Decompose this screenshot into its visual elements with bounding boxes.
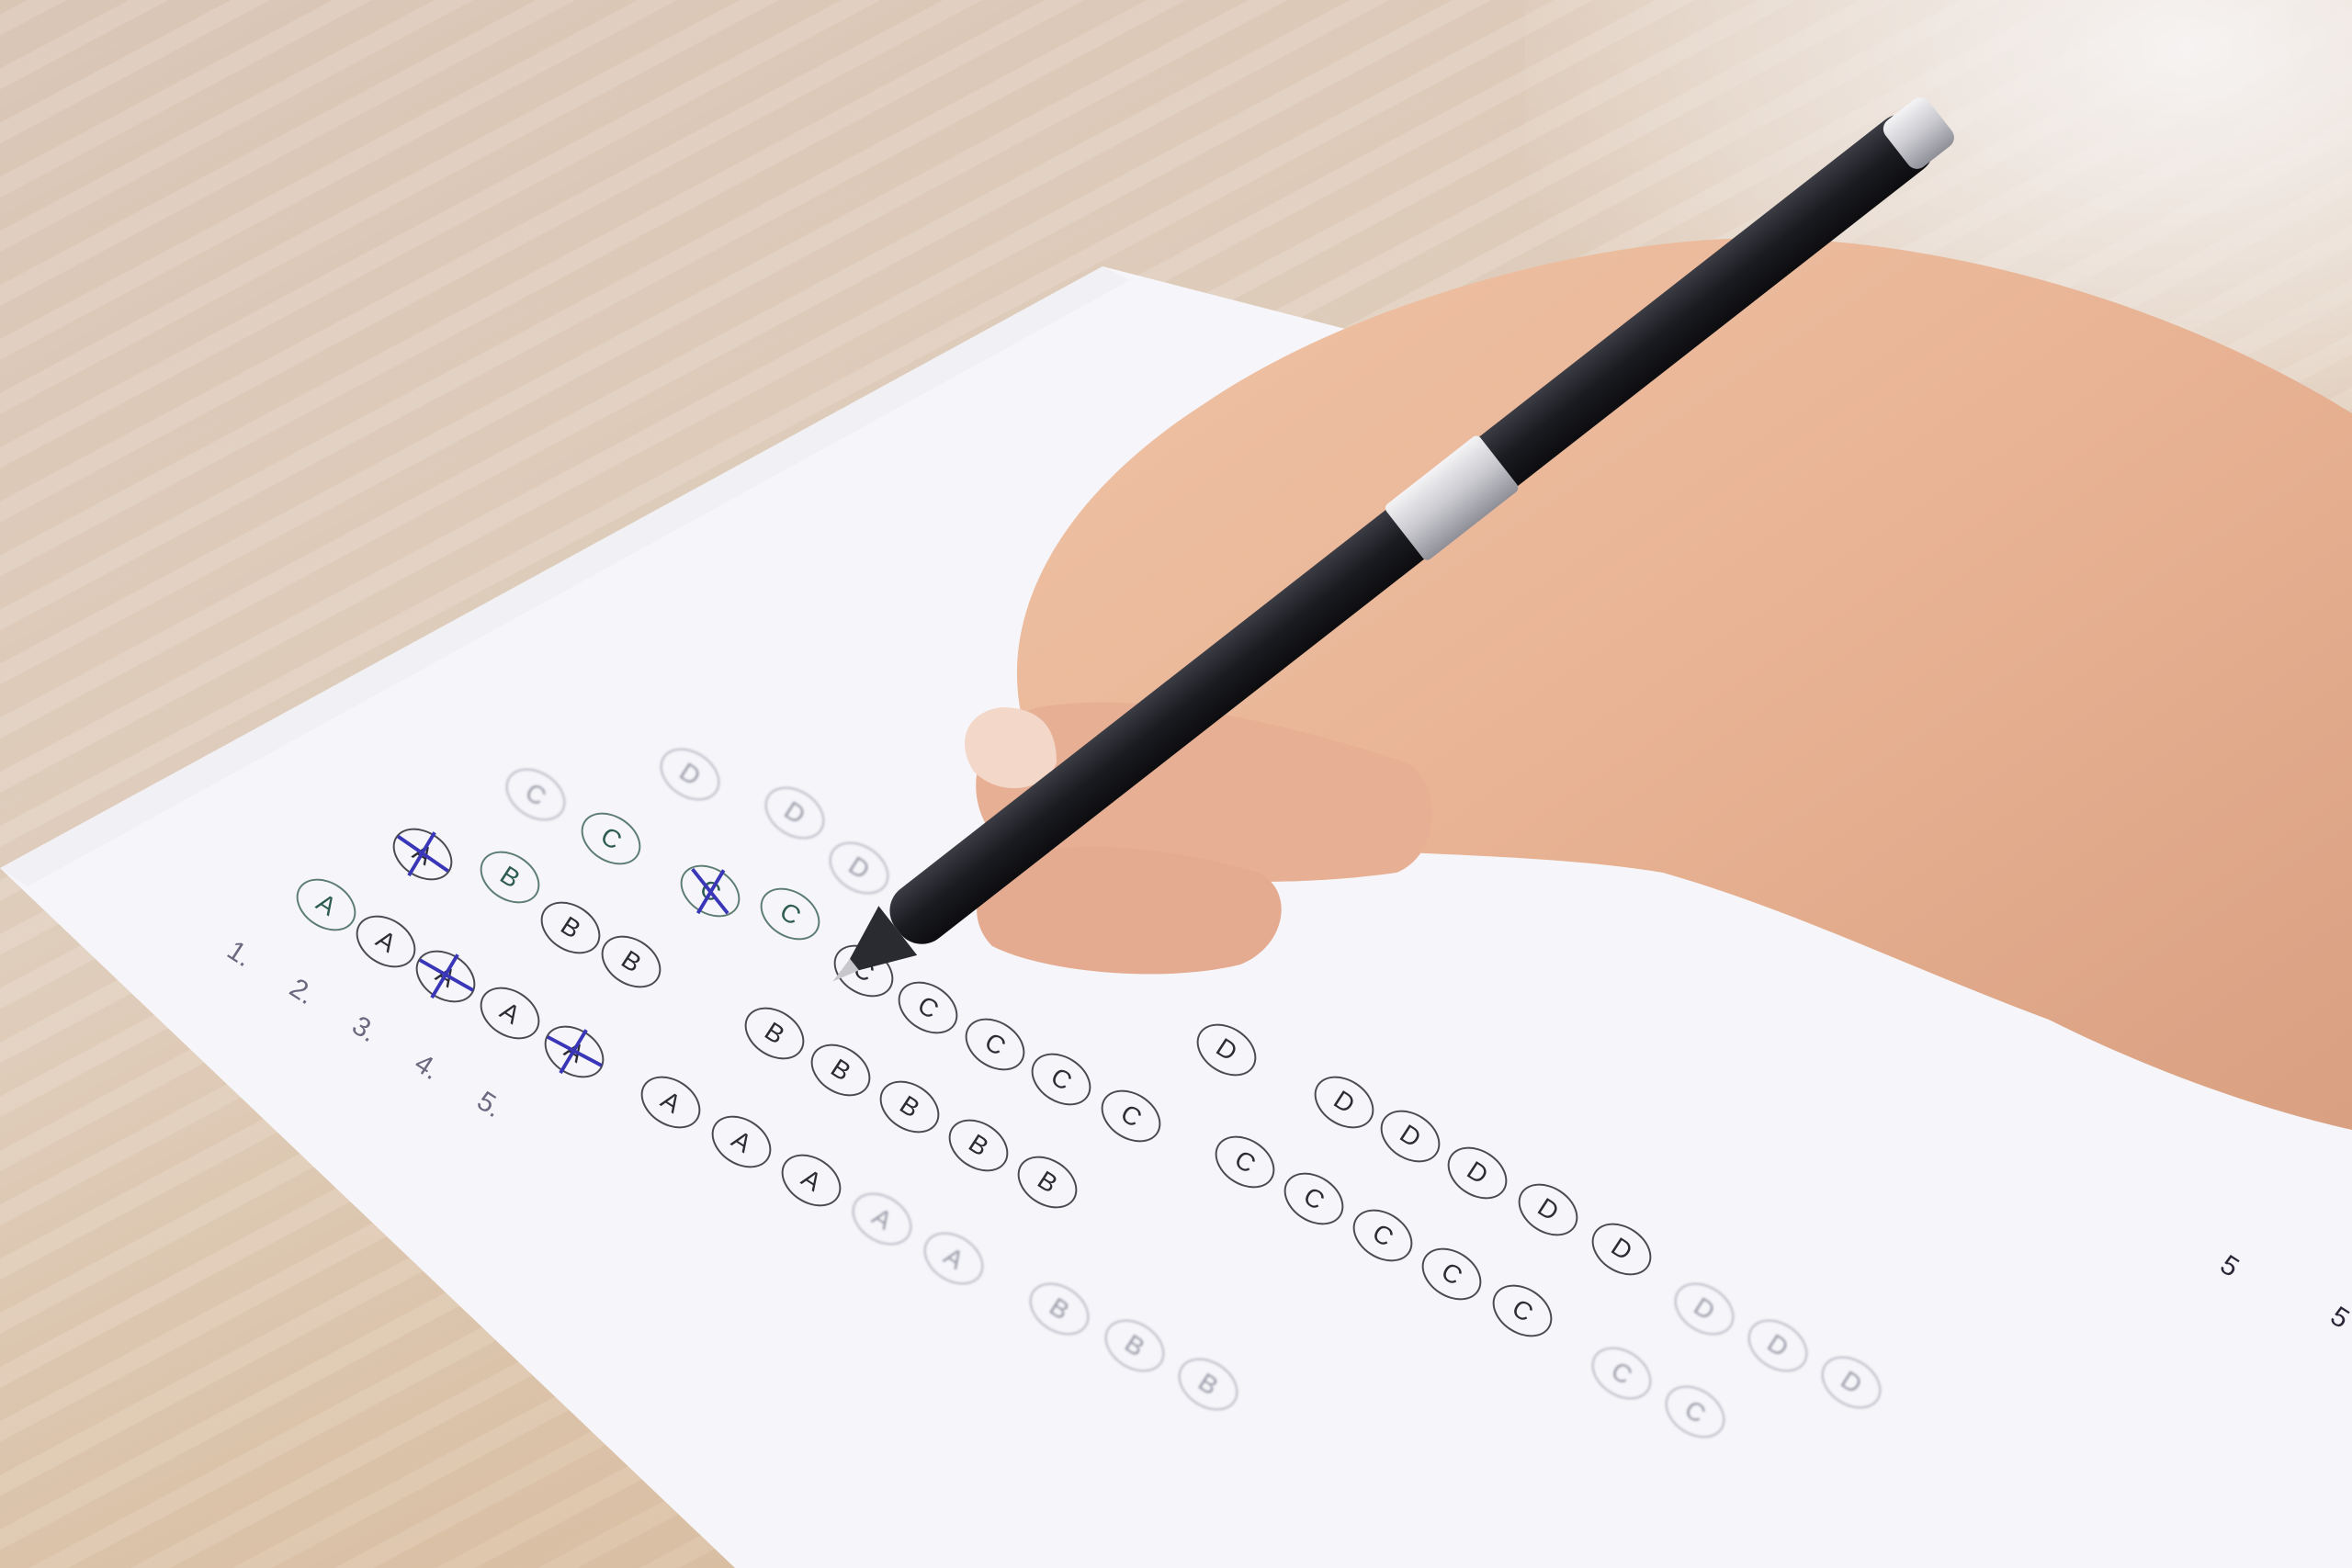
ballpoint-pen [827,83,2205,1001]
